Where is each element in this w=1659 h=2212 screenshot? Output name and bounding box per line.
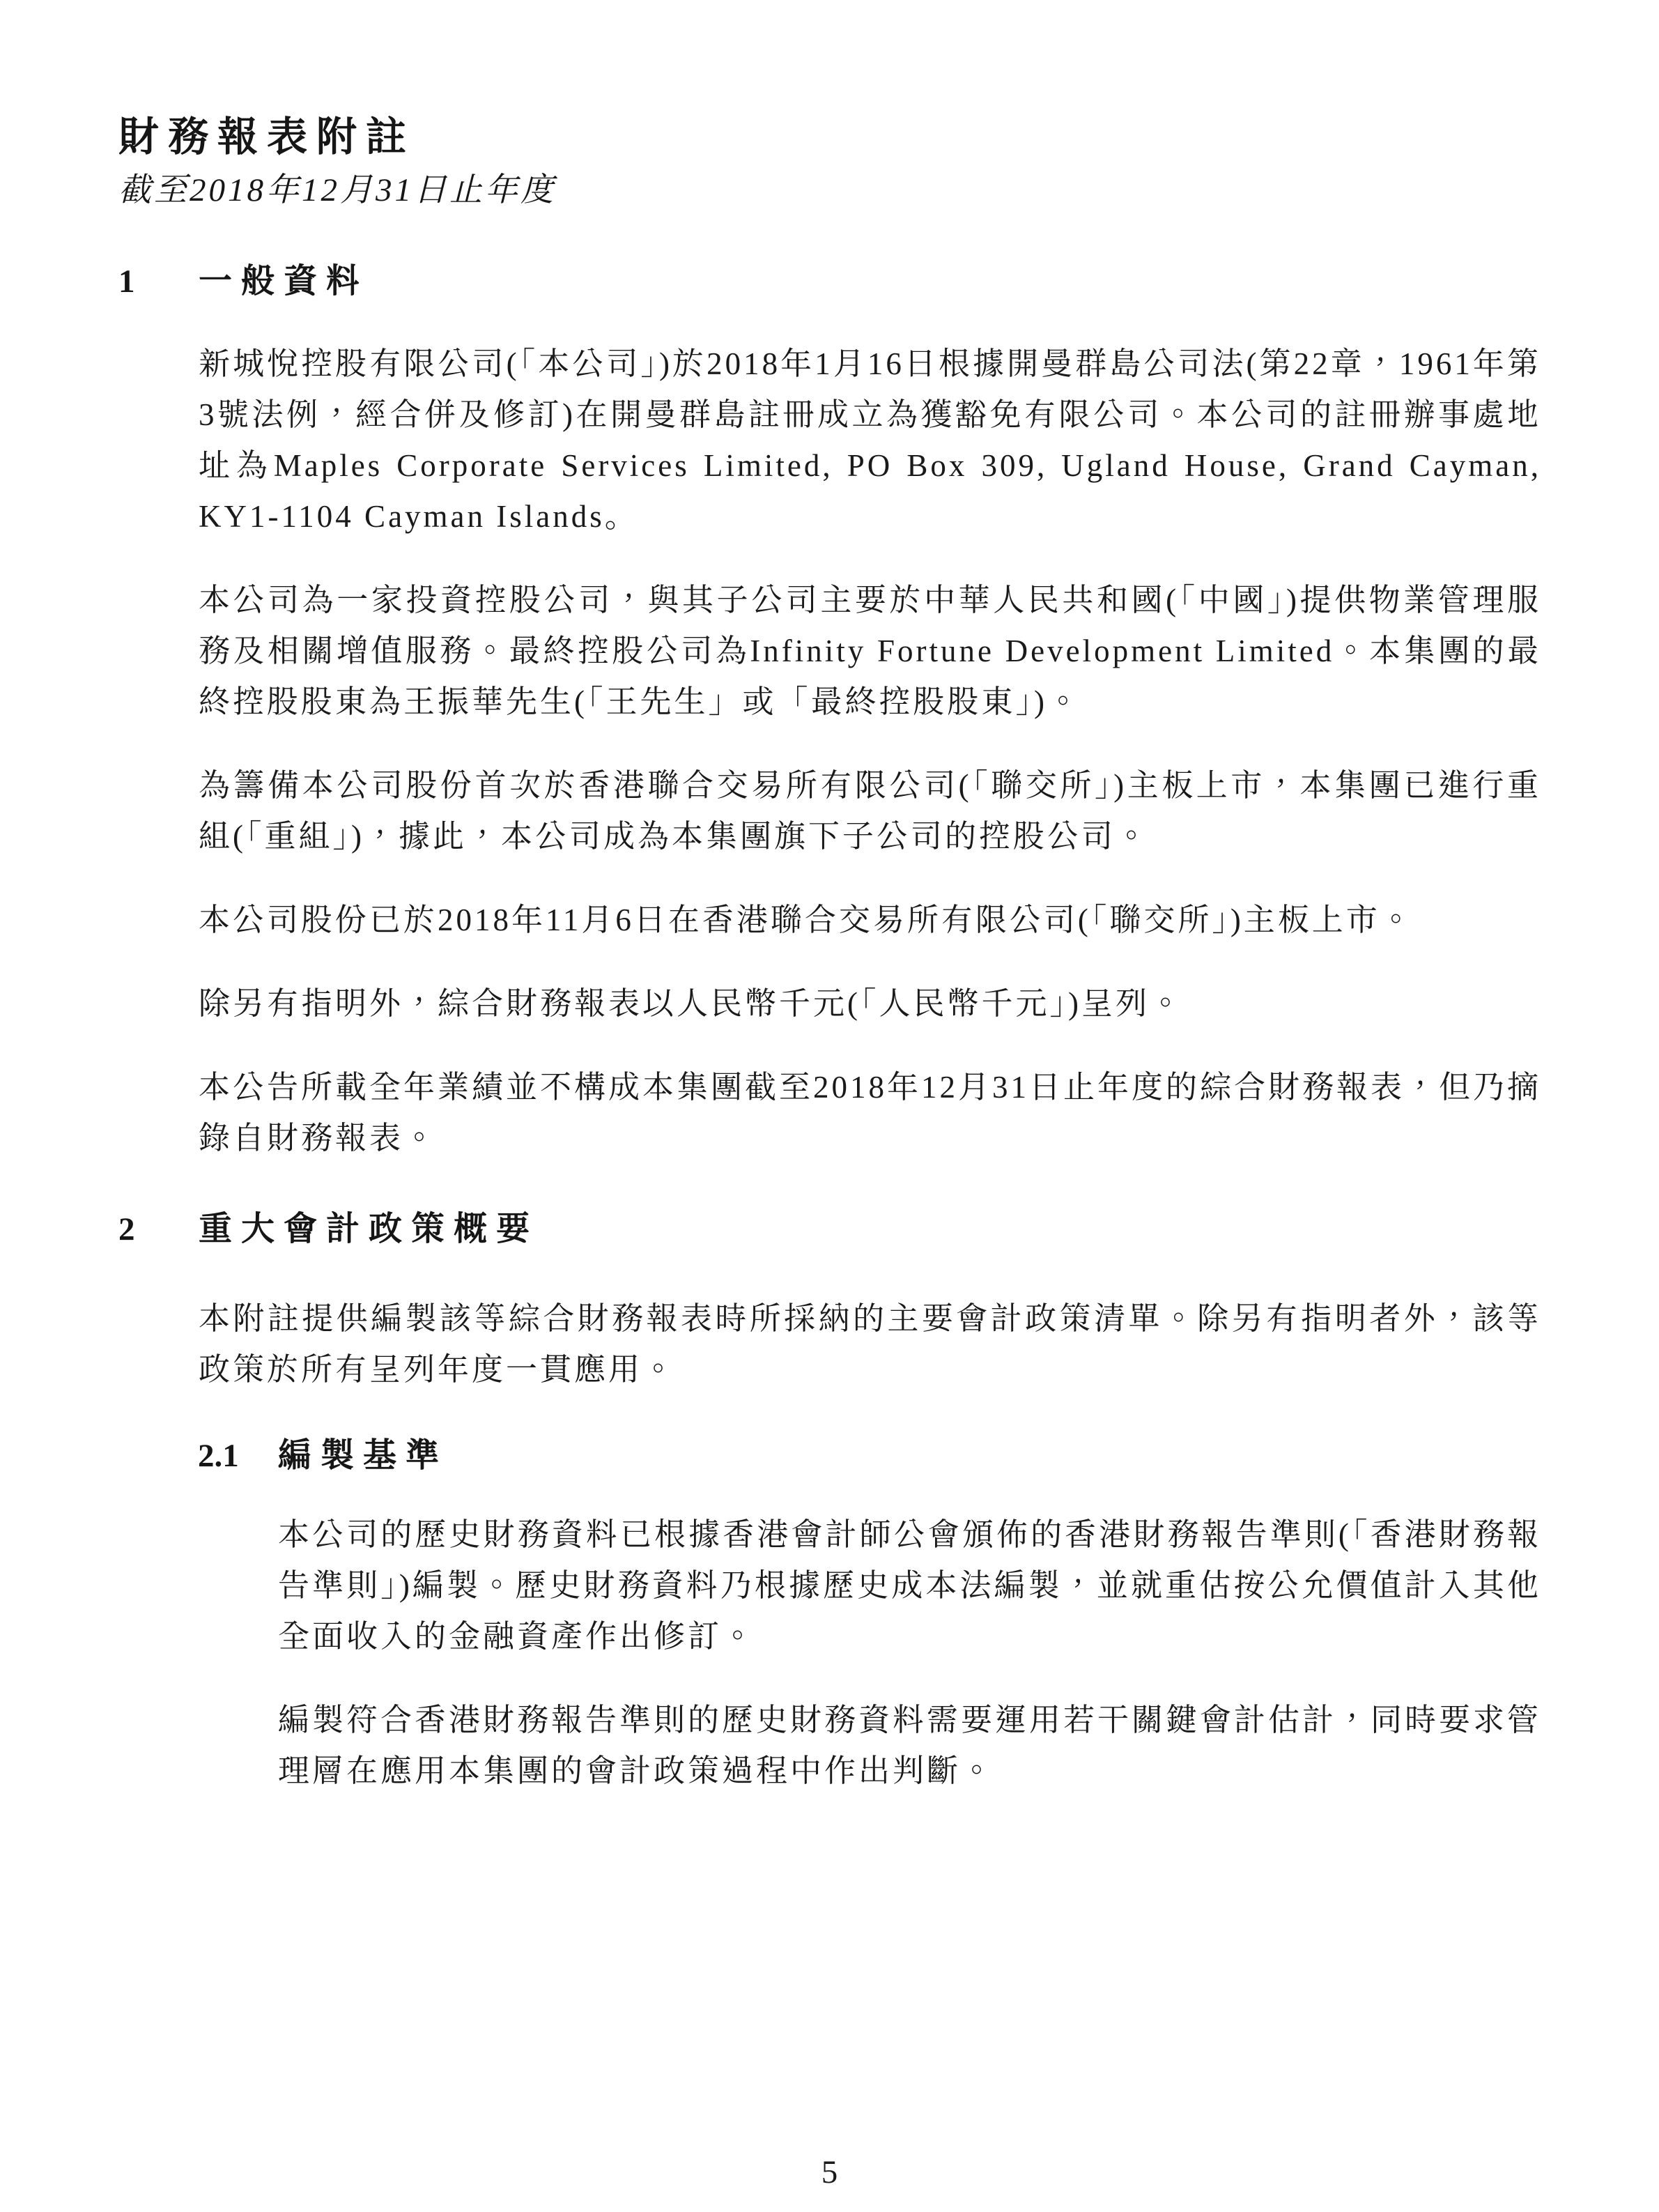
section-1-paragraph-6: 本公告所載全年業績並不構成本集團截至2018年12月31日止年度的綜合財務報表，…: [199, 1062, 1541, 1164]
section-1-paragraph-4: 本公司股份已於2018年11月6日在香港聯合交易所有限公司(「聯交所」)主板上市…: [199, 895, 1541, 946]
subsection-2-1-heading: 編製基準: [278, 1434, 448, 1478]
section-1-paragraph-3: 為籌備本公司股份首次於香港聯合交易所有限公司(「聯交所」)主板上市，本集團已進行…: [199, 760, 1541, 862]
page-subtitle: 截至2018年12月31日止年度: [118, 171, 1541, 209]
section-2-paragraph-1: 本附註提供編製該等綜合財務報表時所採納的主要會計政策清單。除另有指明者外，該等政…: [199, 1293, 1541, 1395]
subsection-2-1-paragraph-2: 編製符合香港財務報告準則的歷史財務資料需要運用若干關鍵會計估計，同時要求管理層在…: [278, 1695, 1541, 1797]
section-1-number: 1: [118, 259, 199, 304]
page-title: 財務報表附註: [118, 114, 1541, 160]
section-2-number: 2: [118, 1207, 199, 1252]
subsection-2-1-paragraph-1: 本公司的歷史財務資料已根據香港會計師公會頒佈的香港財務報告準則(「香港財務報告準…: [278, 1510, 1541, 1662]
document-page: 財務報表附註 截至2018年12月31日止年度 1 一般資料 新城悅控股有限公司…: [0, 0, 1659, 2212]
page-content: 財務報表附註 截至2018年12月31日止年度 1 一般資料 新城悅控股有限公司…: [118, 114, 1541, 1797]
section-2-heading: 重大會計政策概要: [199, 1207, 539, 1252]
section-1-heading: 一般資料: [199, 259, 369, 304]
page-number: 5: [0, 2153, 1659, 2191]
section-1-paragraph-1: 新城悅控股有限公司(「本公司」)於2018年1月16日根據開曼群島公司法(第22…: [199, 339, 1541, 542]
section-1-paragraph-5: 除另有指明外，綜合財務報表以人民幣千元(「人民幣千元」)呈列。: [199, 978, 1541, 1029]
section-2-heading-row: 2 重大會計政策概要: [118, 1207, 1541, 1252]
section-1-paragraph-2: 本公司為一家投資控股公司，與其子公司主要於中華人民共和國(「中國」)提供物業管理…: [199, 575, 1541, 728]
subsection-2-1-number: 2.1: [198, 1434, 278, 1478]
section-1-heading-row: 1 一般資料: [118, 259, 1541, 304]
subsection-2-1-heading-row: 2.1 編製基準: [198, 1434, 1541, 1478]
